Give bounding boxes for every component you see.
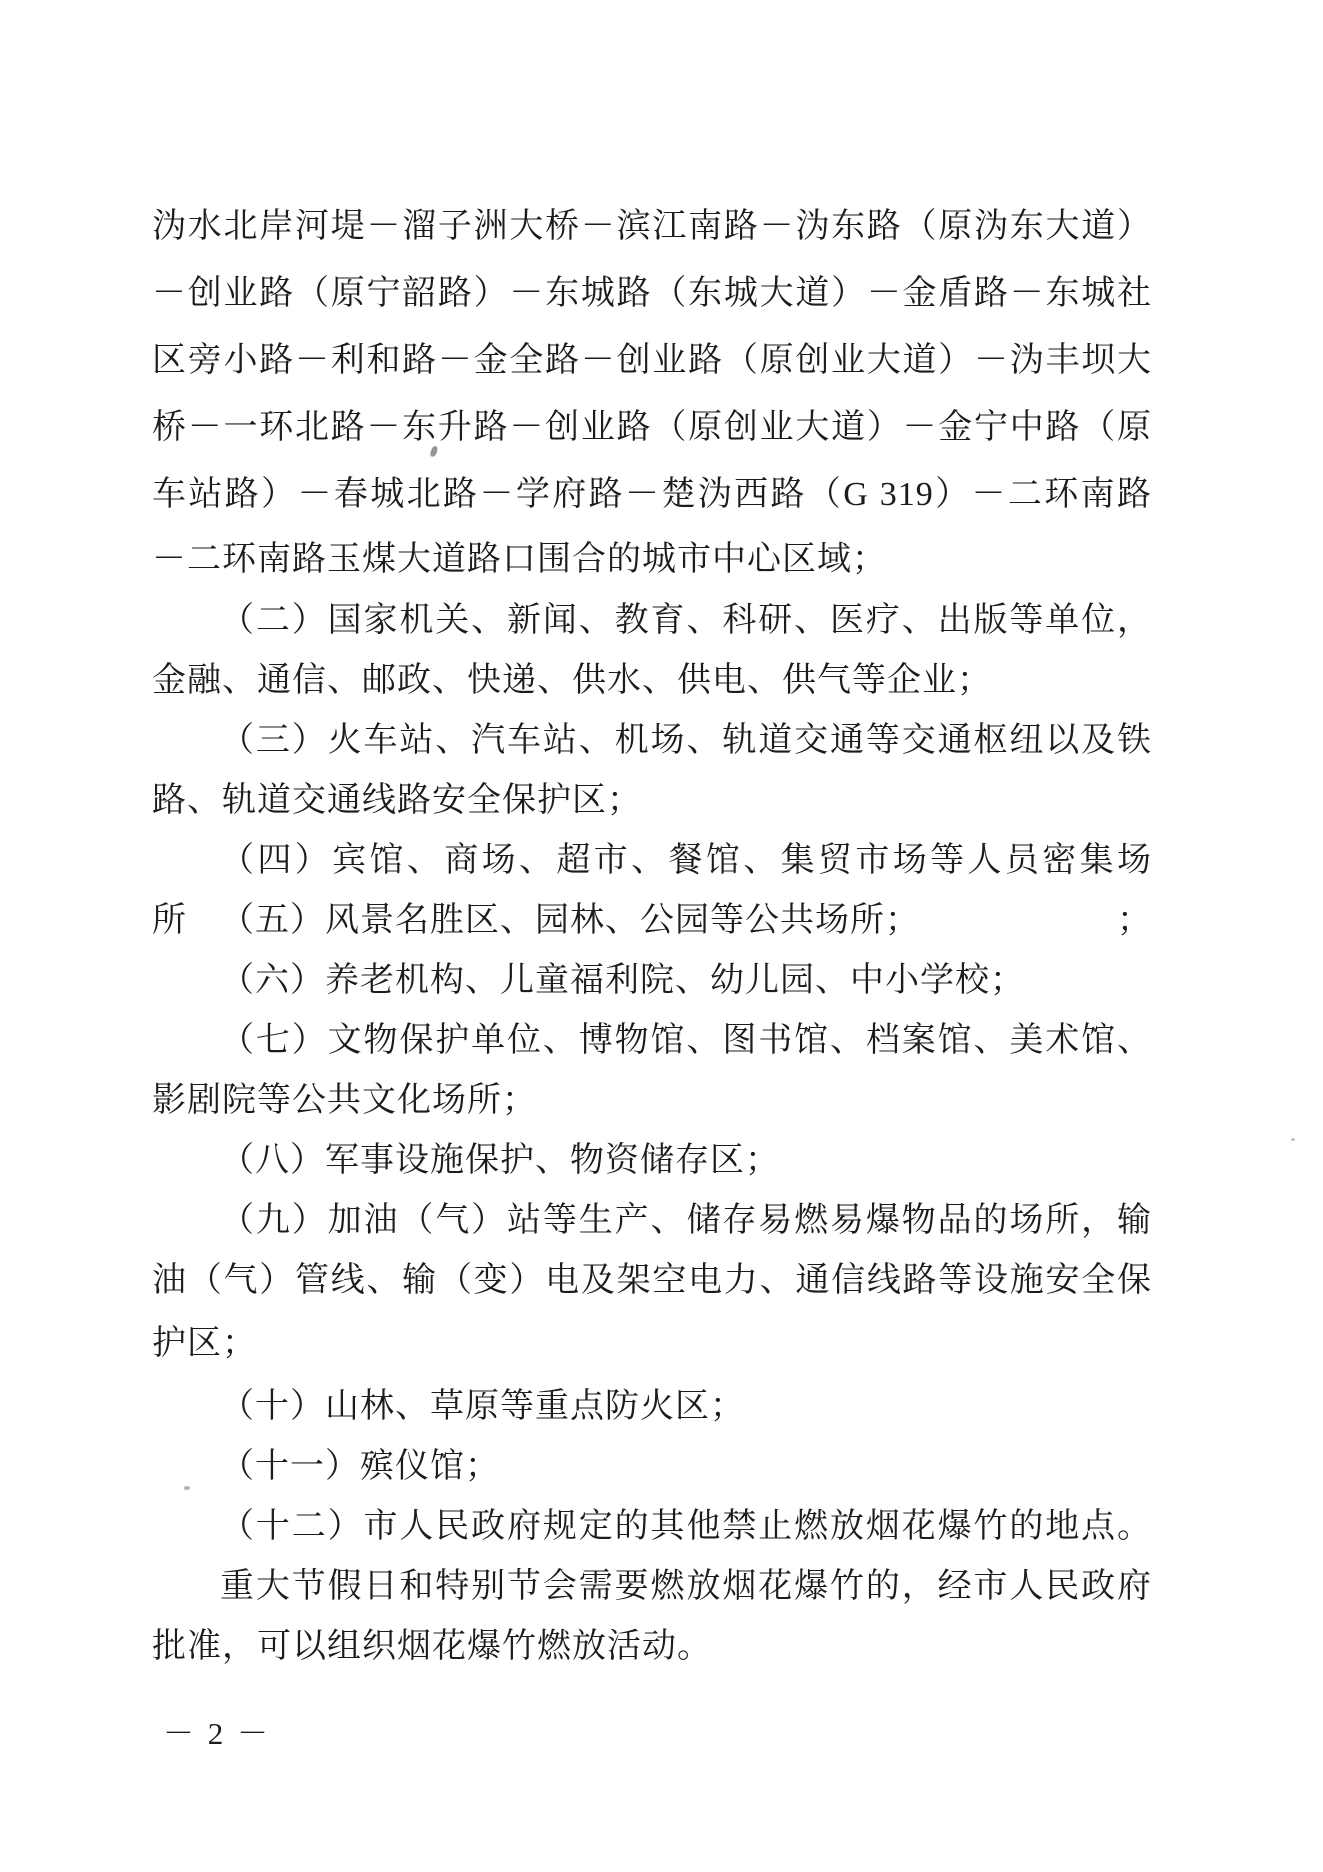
text-line-11: （四）宾馆、商场、超市、餐馆、集贸市场等人员密集场所；: [152, 831, 1152, 891]
text-line-3: 区旁小路－利和路－金全路－创业路（原创业大道）－沩丰坝大: [152, 327, 1152, 394]
text-line-13: （六）养老机构、儿童福利院、幼儿园、中小学校；: [152, 951, 1152, 1011]
text-line-14: （七）文物保护单位、博物馆、图书馆、档案馆、美术馆、: [152, 1011, 1152, 1071]
page-number: － 2 －: [163, 1716, 271, 1752]
text-line-18: 油（气）管线、输（变）电及架空电力、通信线路等设施安全保: [152, 1251, 1152, 1311]
text-line-22: （十二）市人民政府规定的其他禁止燃放烟花爆竹的地点。: [152, 1497, 1152, 1557]
text-line-9: （三）火车站、汽车站、机场、轨道交通等交通枢纽以及铁: [152, 711, 1152, 771]
text-line-10: 路、轨道交通线路安全保护区；: [152, 771, 1152, 831]
text-line-2: －创业路（原宁韶路）－东城路（东城大道）－金盾路－东城社: [152, 260, 1152, 327]
text-line-21: （十一）殡仪馆；: [152, 1437, 1152, 1497]
text-line-8: 金融、通信、邮政、快递、供水、供电、供气等企业；: [152, 651, 1152, 711]
text-line-16: （八）军事设施保护、物资储存区；: [152, 1131, 1152, 1191]
scan-artifact: [1291, 1138, 1295, 1141]
text-line-19: 护区；: [152, 1311, 1152, 1377]
text-line-20: （十）山林、草原等重点防火区；: [152, 1377, 1152, 1437]
text-line-7: （二）国家机关、新闻、教育、科研、医疗、出版等单位，: [152, 591, 1152, 651]
text-line-17: （九）加油（气）站等生产、储存易燃易爆物品的场所，输: [152, 1191, 1152, 1251]
document-page: 沩水北岸河堤－溜子洲大桥－滨江南路－沩东路（原沩东大道）－创业路（原宁韶路）－东…: [0, 0, 1323, 1872]
text-line-23: 重大节假日和特别节会需要燃放烟花爆竹的，经市人民政府: [152, 1557, 1152, 1617]
text-line-6: －二环南路玉煤大道路口围合的城市中心区域；: [152, 528, 1152, 591]
text-line-24: 批准，可以组织烟花爆竹燃放活动。: [152, 1617, 1152, 1677]
text-line-15: 影剧院等公共文化场所；: [152, 1071, 1152, 1131]
text-line-4: 桥－一环北路－东升路－创业路（原创业大道）－金宁中路（原: [152, 394, 1152, 461]
text-line-5: 车站路）－春城北路－学府路－楚沩西路（G 319）－二环南路: [152, 461, 1152, 528]
document-body: 沩水北岸河堤－溜子洲大桥－滨江南路－沩东路（原沩东大道）－创业路（原宁韶路）－东…: [152, 193, 1152, 1677]
text-line-1: 沩水北岸河堤－溜子洲大桥－滨江南路－沩东路（原沩东大道）: [152, 193, 1152, 260]
